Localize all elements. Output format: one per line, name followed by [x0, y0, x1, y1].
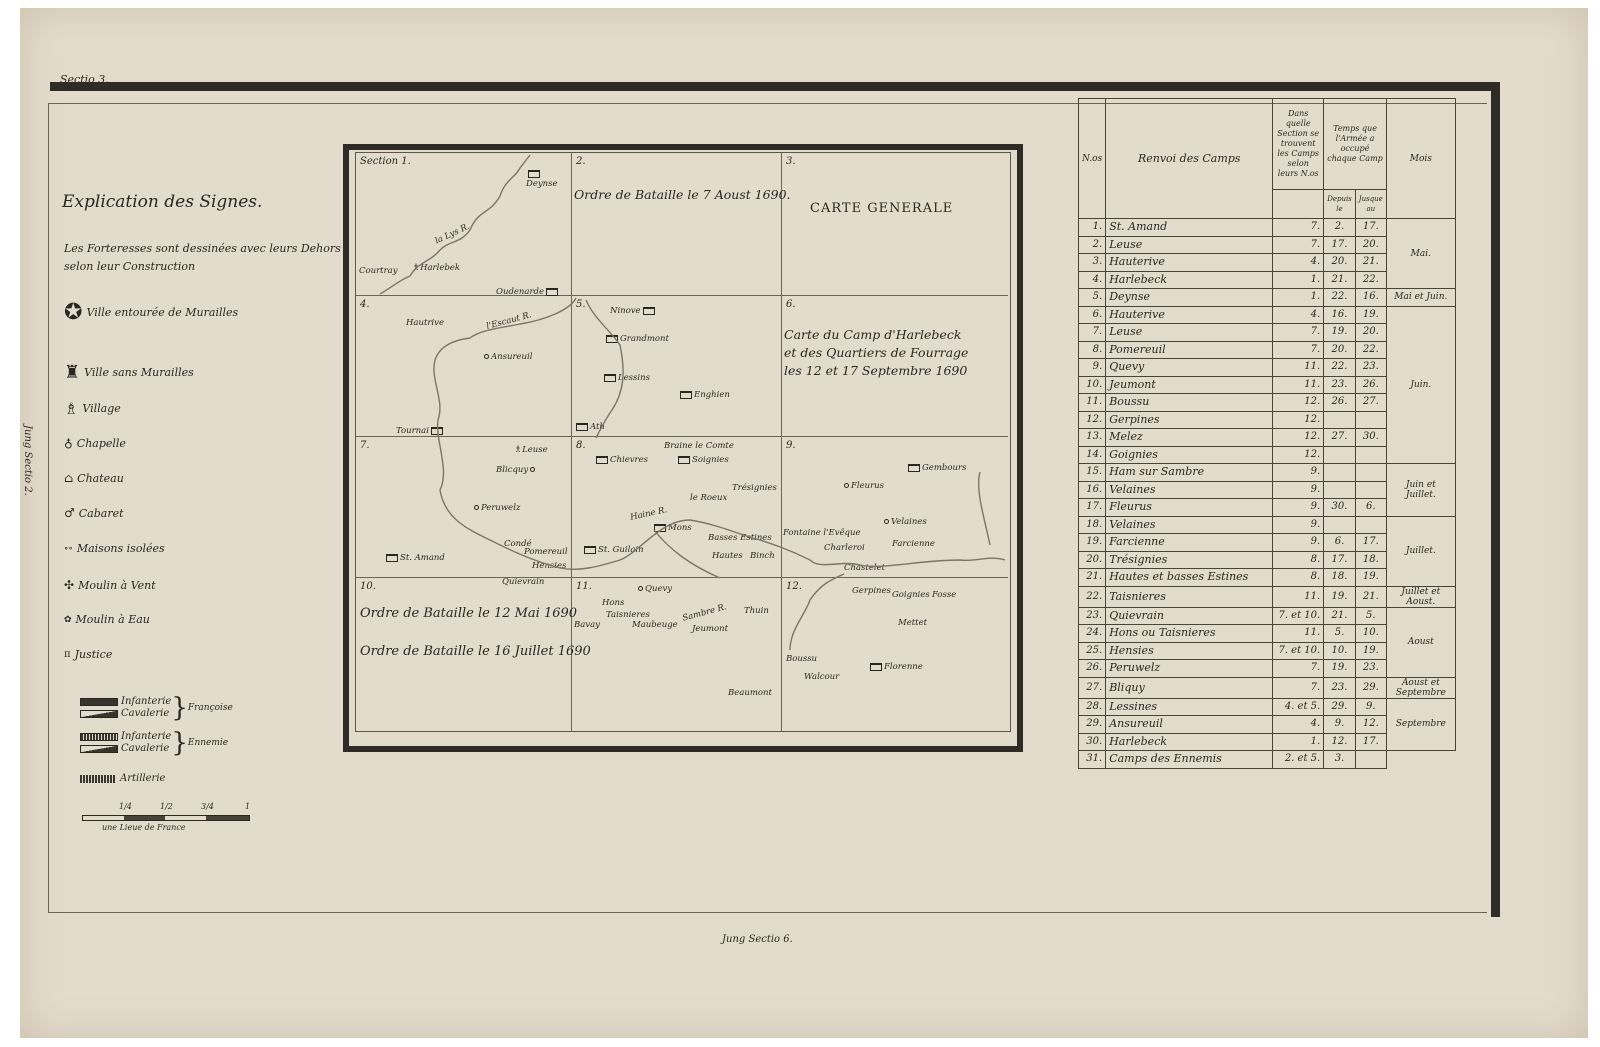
- camp-name: Leuse: [1106, 324, 1273, 342]
- camp-from: 21.: [1324, 607, 1356, 625]
- camp-section: 11.: [1273, 376, 1324, 394]
- camp-from: [1324, 481, 1356, 499]
- camp-number: 9.: [1079, 359, 1106, 377]
- camp-name: Ham sur Sambre: [1106, 464, 1273, 482]
- french-infantry-icon: [80, 698, 118, 706]
- map-section-9: 9. Gembours Fleurus Velaines Fontaine l'…: [782, 437, 1008, 578]
- legend-item-cabaret: ♂ Cabaret: [64, 506, 124, 520]
- camps-table-body: 1.St. Amand7.2.17.Mai.2.Leuse7.17.20.3.H…: [1079, 219, 1456, 769]
- place-blicquy: Blicquy: [496, 465, 537, 475]
- header-to: Jusque au: [1355, 190, 1386, 219]
- header-month: Mois: [1386, 99, 1455, 219]
- camp-name: Trésignies: [1106, 551, 1273, 569]
- camp-name: Hensies: [1106, 642, 1273, 660]
- map-section-11: 11. Quevy Hons Taisnieres Bavay Maubeuge…: [572, 578, 782, 731]
- side-section-label: Jung Sectio 2.: [22, 425, 33, 496]
- camp-from: 29.: [1324, 698, 1356, 716]
- section-title: Ordre de Bataille le 12 Mai 1690: [360, 606, 577, 621]
- camp-section: 1.: [1273, 289, 1324, 307]
- camp-name: Hons ou Taisnieres: [1106, 625, 1273, 643]
- camp-name: Velaines: [1106, 481, 1273, 499]
- camp-section: 7. et 10.: [1273, 642, 1324, 660]
- camp-from: 19.: [1324, 660, 1356, 678]
- camp-number: 21.: [1079, 569, 1106, 587]
- enemy-infantry-icon: [80, 733, 118, 741]
- table-row: 6.Hauterive4.16.19.Juin.: [1079, 306, 1456, 324]
- camp-number: 26.: [1079, 660, 1106, 678]
- french-cavalry-icon: [80, 710, 118, 718]
- town-icon: [431, 427, 443, 435]
- camp-number: 27.: [1079, 677, 1106, 698]
- place-goignies: Goignies: [892, 590, 930, 600]
- place-charleroi: Charleroi: [824, 543, 865, 553]
- place-ninove: Ninove: [610, 306, 657, 316]
- camp-month: Aoust: [1386, 607, 1455, 677]
- camp-section: 8.: [1273, 551, 1324, 569]
- camp-number: 10.: [1079, 376, 1106, 394]
- camp-section: 12.: [1273, 411, 1324, 429]
- scale-tick: 1: [245, 802, 250, 811]
- camp-name: Velaines: [1106, 516, 1273, 534]
- camp-section: 12.: [1273, 429, 1324, 447]
- camp-number: 6.: [1079, 306, 1106, 324]
- town-icon: [386, 554, 398, 562]
- place-harlebek: ♗Harlebek: [412, 263, 460, 273]
- table-row: 15.Ham sur Sambre9.Juin et Juillet.: [1079, 464, 1456, 482]
- legend-french-troops: Infanterie Cavalerie } Françoise: [80, 695, 233, 721]
- place-binch: Binch: [750, 551, 775, 561]
- enemy-cavalry-icon: [80, 745, 118, 753]
- map-grid: Section 1. Deynse la Lys R. Courtray ♗Ha…: [355, 152, 1011, 732]
- scale-caption: une Lieue de France: [102, 823, 186, 832]
- camp-name: Pomereuil: [1106, 341, 1273, 359]
- camp-month: Aoust et Septembre: [1386, 677, 1455, 698]
- camp-from: 22.: [1324, 359, 1356, 377]
- place-bavay: Bavay: [574, 620, 600, 630]
- place-st-amand: St. Amand: [384, 553, 445, 563]
- camp-from: 18.: [1324, 569, 1356, 587]
- legend-item-windmill: ✣ Moulin à Vent: [64, 578, 156, 592]
- isolated-houses-icon: ∘∘: [64, 544, 73, 554]
- section-number: 2.: [576, 156, 586, 167]
- legend-label: Moulin à Vent: [78, 579, 156, 592]
- legend-label: Cabaret: [79, 507, 124, 520]
- camp-section: 4.: [1273, 254, 1324, 272]
- camp-to: [1355, 751, 1386, 769]
- section-title: Ordre de Bataille le 16 Juillet 1690: [360, 644, 591, 659]
- map-section-12: 12. Gerpines Goignies Fosse Mettet Bouss…: [782, 578, 1008, 731]
- place-pomereuil: Pomereuil: [524, 547, 568, 557]
- legend-group-label: Françoise: [188, 703, 233, 713]
- place-fleurus: Fleurus: [842, 481, 884, 491]
- section-number: 12.: [786, 581, 802, 592]
- camp-month: Juin.: [1386, 306, 1455, 464]
- place-basses-estines: Basses Estines: [708, 533, 772, 543]
- camp-to: 20.: [1355, 324, 1386, 342]
- legend-item-gallows: π Justice: [64, 648, 112, 661]
- town-icon: [870, 663, 882, 671]
- camp-number: 11.: [1079, 394, 1106, 412]
- camp-to: 19.: [1355, 642, 1386, 660]
- isolated-house-icon: [638, 586, 643, 591]
- place-soignies: Soignies: [676, 455, 729, 465]
- river-label: l'Escaut R.: [485, 310, 532, 332]
- camp-from: 12.: [1324, 733, 1356, 751]
- camp-to: 29.: [1355, 677, 1386, 698]
- header-section: Dans quelle Section se trouvent les Camp…: [1273, 99, 1324, 190]
- camp-from: 19.: [1324, 586, 1356, 607]
- isolated-house-icon: [844, 483, 849, 488]
- camp-name: Quievrain: [1106, 607, 1273, 625]
- legend-item-artillery: Artillerie: [80, 773, 165, 784]
- camp-month: Juillet et Aoust.: [1386, 586, 1455, 607]
- camp-to: 21.: [1355, 254, 1386, 272]
- place-hautrive: Hautrive: [406, 318, 444, 328]
- camp-to: 26.: [1355, 376, 1386, 394]
- camp-from: 17.: [1324, 236, 1356, 254]
- camp-to: 30.: [1355, 429, 1386, 447]
- town-icon: [678, 456, 690, 464]
- camp-from: 17.: [1324, 551, 1356, 569]
- legend-label: Infanterie: [121, 731, 171, 743]
- castle-icon: ⌂: [64, 471, 73, 485]
- camp-from: 20.: [1324, 341, 1356, 359]
- camp-to: 23.: [1355, 359, 1386, 377]
- camp-name: Deynse: [1106, 289, 1273, 307]
- camp-name: Boussu: [1106, 394, 1273, 412]
- legend-enemy-troops: Infanterie Cavalerie } Ennemie: [80, 730, 228, 756]
- legend-label: Village: [82, 402, 120, 415]
- camp-from: 27.: [1324, 429, 1356, 447]
- camp-section: 11.: [1273, 359, 1324, 377]
- village-icon: ♗: [412, 263, 420, 273]
- camp-to: 22.: [1355, 341, 1386, 359]
- camp-to: [1355, 446, 1386, 464]
- camp-name: Lessines: [1106, 698, 1273, 716]
- camp-section: 9.: [1273, 516, 1324, 534]
- gallows-icon: π: [64, 649, 71, 660]
- camp-name: Hauterive: [1106, 306, 1273, 324]
- camp-name: Harlebeck: [1106, 271, 1273, 289]
- camp-section: 9.: [1273, 464, 1324, 482]
- camp-from: 19.: [1324, 324, 1356, 342]
- legend-item-watermill: ✿ Moulin à Eau: [64, 613, 150, 626]
- section-number: 4.: [360, 299, 370, 310]
- legend-note: Les Forteresses sont dessinées avec leur…: [64, 240, 354, 276]
- camp-to: 6.: [1355, 499, 1386, 517]
- camp-to: 9.: [1355, 698, 1386, 716]
- camp-from: [1324, 411, 1356, 429]
- section-number: 10.: [360, 581, 376, 592]
- section-number: 11.: [576, 581, 592, 592]
- place-boussu: Boussu: [786, 654, 817, 664]
- section-number: 7.: [360, 440, 370, 451]
- village-icon: ♗: [514, 445, 522, 455]
- camp-from: [1324, 446, 1356, 464]
- camp-name: Fleurus: [1106, 499, 1273, 517]
- camp-to: 27.: [1355, 394, 1386, 412]
- camp-number: 30.: [1079, 733, 1106, 751]
- camp-from: 30.: [1324, 499, 1356, 517]
- town-icon: [908, 464, 920, 472]
- camp-to: 12.: [1355, 716, 1386, 734]
- camp-from: [1324, 516, 1356, 534]
- camp-from: 9.: [1324, 716, 1356, 734]
- place-gerpines: Gerpines: [852, 586, 891, 596]
- watermill-icon: ✿: [64, 615, 72, 625]
- camp-section: 7.: [1273, 219, 1324, 237]
- camp-from: 3.: [1324, 751, 1356, 769]
- place-lessins: Lessins: [602, 373, 650, 383]
- isolated-house-icon: [474, 505, 479, 510]
- right-border-bar: [1491, 82, 1500, 917]
- legend-item-chapel: ♁ Chapelle: [64, 436, 126, 450]
- town-icon: [576, 423, 588, 431]
- place-hensies: Hensies: [532, 561, 566, 571]
- isolated-house-icon: [530, 467, 535, 472]
- camp-number: 17.: [1079, 499, 1106, 517]
- village-icon: ♗: [64, 399, 78, 418]
- scale-bar: 1/4 1/2 3/4 1: [82, 815, 250, 821]
- camp-number: 4.: [1079, 271, 1106, 289]
- camp-number: 28.: [1079, 698, 1106, 716]
- place-quevy: Quevy: [636, 584, 672, 594]
- section-number: Section 1.: [360, 156, 411, 167]
- map-section-3: 3. CARTE GENERALE: [782, 153, 1008, 296]
- town-icon: [604, 374, 616, 382]
- table-row: 31.Camps des Ennemis2. et 5.3.: [1079, 751, 1456, 769]
- legend-label: Moulin à Eau: [76, 613, 150, 626]
- bottom-section-label: Jung Sectio 6.: [722, 934, 793, 945]
- legend-item-village: ♗ Village: [64, 399, 121, 418]
- camp-from: 21.: [1324, 271, 1356, 289]
- section-number: 9.: [786, 440, 796, 451]
- camp-to: 19.: [1355, 306, 1386, 324]
- camp-to: 17.: [1355, 534, 1386, 552]
- river-label: Haine R.: [629, 505, 668, 523]
- section-title: Ordre de Bataille le 7 Aoust 1690.: [574, 187, 791, 202]
- town-icon: [606, 335, 618, 343]
- camp-month: Juillet.: [1386, 516, 1455, 586]
- legend-label: Chapelle: [77, 437, 126, 450]
- place-farcienne: Farcienne: [892, 539, 935, 549]
- town-icon: [546, 288, 558, 296]
- legend-item-isolated-houses: ∘∘ Maisons isolées: [64, 542, 165, 555]
- camp-section: 9.: [1273, 534, 1324, 552]
- camp-section: 11.: [1273, 586, 1324, 607]
- table-row: 22.Taisnieres11.19.21.Juillet et Aoust.: [1079, 586, 1456, 607]
- camp-to: [1355, 481, 1386, 499]
- camp-section: 8.: [1273, 569, 1324, 587]
- camp-section: 4. et 5.: [1273, 698, 1324, 716]
- camps-table: N.os Renvoi des Camps Dans quelle Sectio…: [1078, 98, 1456, 769]
- windmill-icon: ✣: [64, 578, 74, 592]
- camp-name: Harlebeck: [1106, 733, 1273, 751]
- brace-icon: }: [171, 695, 188, 721]
- place-le-roeux: le Roeux: [690, 493, 727, 503]
- river-label: la Lys R.: [434, 222, 472, 247]
- camp-from: 26.: [1324, 394, 1356, 412]
- section-number: 3.: [786, 156, 796, 167]
- header-from: Depuis le: [1324, 190, 1356, 219]
- place-velaines: Velaines: [882, 517, 927, 527]
- camp-number: 3.: [1079, 254, 1106, 272]
- legend-label: Infanterie: [121, 696, 171, 708]
- camp-section: 4.: [1273, 306, 1324, 324]
- place-ansureuil: Ansureuil: [482, 352, 532, 362]
- camp-to: 22.: [1355, 271, 1386, 289]
- camp-number: 20.: [1079, 551, 1106, 569]
- camp-to: 5.: [1355, 607, 1386, 625]
- place-leuse: ♗Leuse: [514, 445, 548, 455]
- place-fontaine-leveque: Fontaine l'Evêque: [783, 529, 860, 538]
- camp-number: 5.: [1079, 289, 1106, 307]
- camp-number: 16.: [1079, 481, 1106, 499]
- camp-to: 18.: [1355, 551, 1386, 569]
- camp-from: 16.: [1324, 306, 1356, 324]
- camp-to: 20.: [1355, 236, 1386, 254]
- section-number: 5.: [576, 299, 586, 310]
- camp-section: 7.: [1273, 677, 1324, 698]
- camp-name: Bliquy: [1106, 677, 1273, 698]
- place-mons: Mons: [652, 523, 692, 533]
- camp-number: 22.: [1079, 586, 1106, 607]
- camp-section: 12.: [1273, 446, 1324, 464]
- legend-label: Artillerie: [120, 773, 165, 784]
- camp-from: 20.: [1324, 254, 1356, 272]
- camp-section: 4.: [1273, 716, 1324, 734]
- map-section-8: 8. Braine le Comte Chievres Soignies Tré…: [572, 437, 782, 578]
- camp-number: 13.: [1079, 429, 1106, 447]
- camp-from: 23.: [1324, 376, 1356, 394]
- place-deynse: Deynse: [526, 169, 558, 189]
- camp-to: [1355, 516, 1386, 534]
- camp-name: Jeumont: [1106, 376, 1273, 394]
- camp-to: 10.: [1355, 625, 1386, 643]
- camp-month: Septembre: [1386, 698, 1455, 751]
- camp-number: 1.: [1079, 219, 1106, 237]
- place-enghien: Enghien: [678, 390, 730, 400]
- camp-from: 6.: [1324, 534, 1356, 552]
- town-icon: [680, 391, 692, 399]
- camp-from: [1324, 464, 1356, 482]
- town-icon: [584, 546, 596, 554]
- camp-number: 31.: [1079, 751, 1106, 769]
- camp-to: 17.: [1355, 733, 1386, 751]
- camp-number: 2.: [1079, 236, 1106, 254]
- camp-name: Ansureuil: [1106, 716, 1273, 734]
- place-peruwelz: Peruwelz: [472, 503, 520, 513]
- town-icon: [654, 524, 666, 532]
- legend-label: Justice: [75, 648, 113, 661]
- camp-number: 29.: [1079, 716, 1106, 734]
- place-hautes: Hautes: [712, 551, 743, 561]
- legend-item-town: ♜ Ville sans Murailles: [64, 362, 194, 383]
- map-section-5: 5. Ninove Grandmont Lessins Enghien Ath: [572, 296, 782, 437]
- camp-to: 17.: [1355, 219, 1386, 237]
- camp-section: 9.: [1273, 481, 1324, 499]
- section-title: CARTE GENERALE: [810, 201, 953, 216]
- place-tournai: Tournai: [396, 426, 445, 436]
- camp-name: Leuse: [1106, 236, 1273, 254]
- place-florenne: Florenne: [868, 662, 923, 672]
- camp-name: Peruwelz: [1106, 660, 1273, 678]
- camp-section: 9.: [1273, 499, 1324, 517]
- place-ath: Ath: [574, 422, 605, 432]
- place-gembours: Gembours: [906, 463, 966, 473]
- brace-icon: }: [171, 730, 188, 756]
- camp-name: St. Amand: [1106, 219, 1273, 237]
- camp-to: 23.: [1355, 660, 1386, 678]
- camp-section: 11.: [1273, 625, 1324, 643]
- camp-name: Hautes et basses Estines: [1106, 569, 1273, 587]
- camp-name: Camps des Ennemis: [1106, 751, 1273, 769]
- isolated-house-icon: [484, 354, 489, 359]
- scale-tick: 1/4: [119, 802, 132, 811]
- table-row: 28.Lessines4. et 5.29.9.Septembre: [1079, 698, 1456, 716]
- camp-section: 1.: [1273, 733, 1324, 751]
- map-section-4: 4. Hautrive l'Escaut R. Ansureuil Tourna…: [356, 296, 572, 437]
- camp-from: 5.: [1324, 625, 1356, 643]
- legend-item-castle: ⌂ Chateau: [64, 471, 124, 485]
- camp-to: 21.: [1355, 586, 1386, 607]
- scale-tick: 1/2: [160, 802, 173, 811]
- camp-number: 23.: [1079, 607, 1106, 625]
- place-beaumont: Beaumont: [728, 688, 772, 698]
- camp-from: 2.: [1324, 219, 1356, 237]
- legend-label: Cavalerie: [121, 743, 169, 755]
- camp-number: 25.: [1079, 642, 1106, 660]
- place-courtray: Courtray: [359, 266, 398, 276]
- table-row: 5.Deynse1.22.16.Mai et Juin.: [1079, 289, 1456, 307]
- top-border-bar: [50, 82, 1498, 91]
- camp-number: 15.: [1079, 464, 1106, 482]
- place-st-guilain: St. Guilain: [582, 545, 644, 555]
- town-icon: [596, 456, 608, 464]
- camp-section: 7. et 10.: [1273, 607, 1324, 625]
- map-section-7: 7. ♗Leuse Blicquy Peruwelz St. Amand Con…: [356, 437, 572, 578]
- camp-name: Hauterive: [1106, 254, 1273, 272]
- section-number: 6.: [786, 299, 796, 310]
- table-row: 1.St. Amand7.2.17.Mai.: [1079, 219, 1456, 237]
- camp-number: 8.: [1079, 341, 1106, 359]
- cabaret-icon: ♂: [64, 506, 75, 520]
- map-section-6: 6. Carte du Camp d'Harlebeck et des Quar…: [782, 296, 1008, 437]
- artillery-icon: [80, 775, 116, 783]
- camp-name: Taisnieres: [1106, 586, 1273, 607]
- camp-section: 7.: [1273, 324, 1324, 342]
- camp-month: Mai.: [1386, 219, 1455, 289]
- place-hons: Hons: [602, 598, 624, 608]
- camp-section: 12.: [1273, 394, 1324, 412]
- town-icon: [643, 307, 655, 315]
- camp-name: Farcienne: [1106, 534, 1273, 552]
- camp-name: Goignies: [1106, 446, 1273, 464]
- place-mettet: Mettet: [898, 618, 927, 628]
- place-fosse: Fosse: [932, 590, 956, 600]
- fortress-icon: ✪: [64, 300, 82, 325]
- place-taisnieres: Taisnieres: [606, 610, 650, 620]
- header-camp-name: Renvoi des Camps: [1106, 99, 1273, 219]
- legend-group-label: Ennemie: [188, 738, 228, 748]
- legend-label: Ville sans Murailles: [84, 366, 194, 379]
- camp-number: 19.: [1079, 534, 1106, 552]
- camp-section: 7.: [1273, 236, 1324, 254]
- camp-number: 14.: [1079, 446, 1106, 464]
- river-label: Sambre R.: [681, 602, 727, 623]
- camp-to: 19.: [1355, 569, 1386, 587]
- camp-to: [1355, 464, 1386, 482]
